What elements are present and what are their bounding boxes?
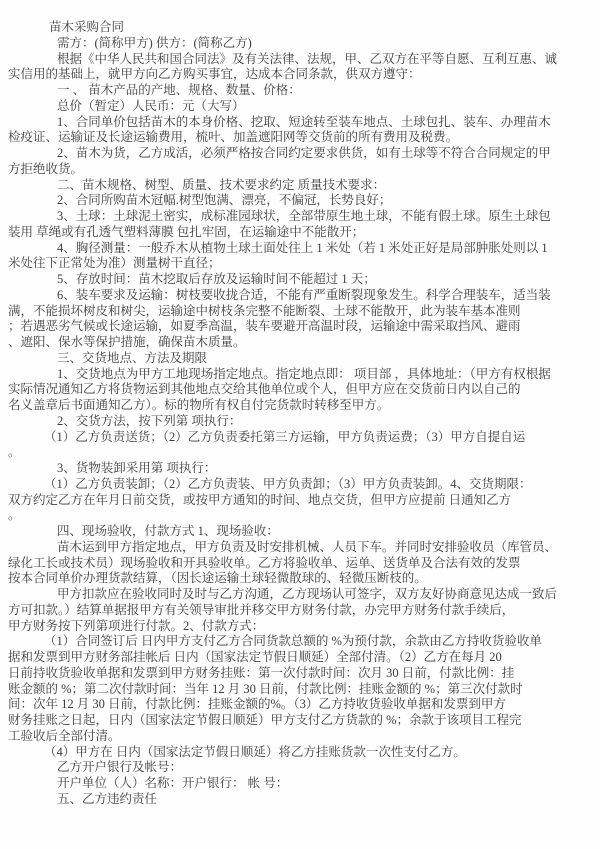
- document-line: 四、现场验收，付款方式 1、现场验收：: [0, 524, 600, 540]
- document-line: 据和发票到甲方财务部挂帐后 日内（国家法定节假日顺延）全部付清。（2）乙方在每月…: [0, 650, 600, 666]
- document-line: 五、乙方违约责任: [0, 792, 600, 808]
- document-line: 名义盖章后书面通知乙方）。标的物所有权自付完货款时转移至甲方。: [0, 398, 600, 414]
- document-line: （1）乙方负责装卸；（2）乙方负责装、甲方负责卸；（3）甲方负责装卸。4、交货期…: [0, 477, 600, 493]
- document-line: 甲方扣款应在验收同时及时与乙方沟通，乙方现场认可签字，双方友好协商意见达成一致后: [0, 587, 600, 603]
- document-line: 4、胸径测量：一般乔木从植物土球土面处往上 1 米处（若 1 米处正好是局部肿胀…: [0, 241, 600, 257]
- document-line: 、遮阳、保水等保护措施，确保苗木质量。: [0, 335, 600, 351]
- document-line: 根据《中华人民共和国合同法》及有关法律、法规，甲、乙双方在平等自愿、互利互惠、诚: [0, 52, 600, 68]
- document-line: 6、装车要求及运输：树枝要收拢合适，不能有严重断裂现象发生。科学合理装车，适当装: [0, 288, 600, 304]
- document-line: 3、货物装卸采用第 项执行：: [0, 461, 600, 477]
- document-line: 装用 草绳或有孔透气塑料薄膜 包扎牢固，在运输途中不能散开；: [0, 225, 600, 241]
- document-line: 。: [0, 508, 600, 524]
- document-line: 实信用的基础上，就甲方向乙方购买事宜，达成本合同条款，供双方遵守：: [0, 67, 600, 83]
- document-line: 需方：(简称甲方) 供方：(简称乙方): [0, 36, 600, 52]
- document-line: （1）乙方负责送货；（2）乙方负责委托第三方运输，甲方负责运费；（3）甲方自提自…: [0, 430, 600, 446]
- document-line: 满，不能损坏树皮和树尖，运输途中树枝条完整不能断裂、土球不能散开，此为装车基本准…: [0, 304, 600, 320]
- document-line: 日前持收货验收单据和发票到甲方财务挂账：第一次付款时间：次月 30 日前，付款比…: [0, 666, 600, 682]
- document-line: 开户单位（人）名称：开户银行： 帐 号：: [0, 776, 600, 792]
- document-line: （4）甲方在 日内（国家法定节假日顺延）将乙方挂账货款一次性支付乙方。: [0, 745, 600, 761]
- document-line: 乙方开户银行及帐号：: [0, 760, 600, 776]
- document-line: 。: [0, 445, 600, 461]
- document-line: 2、合同所购苗木冠幅.树型饱满、漂亮，不偏冠，长势良好；: [0, 193, 600, 209]
- document-line: 财务挂账之日起，日内（国家法定节假日顺延）甲方支付乙方货款的 %；余款于该项目工…: [0, 713, 600, 729]
- document-line: 5、存放时间：苗木挖取后存放及运输时间不能超过 1 天；: [0, 272, 600, 288]
- document-line: 方可扣款。）结算单据报甲方有关领导审批并移交甲方财务付款，办完甲方财务付款手续后…: [0, 603, 600, 619]
- document-line: 二、苗木规格、树型、质量、技术要求约定 质量技术要求：: [0, 178, 600, 194]
- document-line: 一 、 苗木产品的产地、规格、数量、价格：: [0, 83, 600, 99]
- document-line: 2、苗木为货，乙方成活，必须严格按合同约定要求供货，如有土球等不符合合同规定的甲: [0, 146, 600, 162]
- document-line: 总价（暂定）人民币：元（大写）: [0, 99, 600, 115]
- document-title: 苗木采购合同: [0, 20, 600, 36]
- document-line: 账金额的 %；第二次付款时间：当年 12 月 30 日前，付款比例：挂账金额的 …: [0, 682, 600, 698]
- contract-page: 苗木采购合同需方：(简称甲方) 供方：(简称乙方)根据《中华人民共和国合同法》及…: [0, 0, 600, 849]
- document-line: 按本合同单价办理货款结算，（因长途运输土球轻微散球的、轻微压断枝的。: [0, 571, 600, 587]
- document-line: 三、交货地点、方法及期限: [0, 351, 600, 367]
- contract-document-body: 苗木采购合同需方：(简称甲方) 供方：(简称乙方)根据《中华人民共和国合同法》及…: [0, 0, 600, 808]
- document-line: （1）合同签订后 日内甲方支付乙方合同货款总额的 %为预付款，余款由乙方持收货验…: [0, 634, 600, 650]
- document-line: 3、土球：土球泥土密实，成标准园球状，全部带原生地土球，不能有假土球。原生土球包: [0, 209, 600, 225]
- document-line: 1、交货地点为甲方工地现场指定地点。指定地点即： 项目部 ，具体地址：（甲方有权…: [0, 367, 600, 383]
- document-line: ；若遇恶劣气候或长途运输，如夏季高温，装车要避开高温时段，运输途中需采取挡风、避…: [0, 319, 600, 335]
- document-line: 2、交货方法，按下列第 项执行：: [0, 414, 600, 430]
- document-line: 甲方财务按下列第项进行付款。2、付款方式：: [0, 619, 600, 635]
- document-line: 苗木运到甲方指定地点，甲方负责及时安排机械、人员下车。并同时安排验收员（库管员、: [0, 540, 600, 556]
- document-line: 方拒绝收货。: [0, 162, 600, 178]
- document-line: 间：次年 12 月 30 日前，付款比例：挂账金额的%。（3）乙方持收货验收单据…: [0, 697, 600, 713]
- document-line: 1、合同单价包括苗木的本身价格、挖取、短途转至装车地点、土球包扎、装车、办理苗木: [0, 115, 600, 131]
- document-line: 工验收后全部付清。: [0, 729, 600, 745]
- document-line: 实际情况通知乙方将货物运到其他地点交给其他单位或个人，但甲方应在交货前日内以自己…: [0, 382, 600, 398]
- document-line: 绿化工长或技术员）现场验收和开具验收单。乙方将验收单、运单、送货单及合法有效的发…: [0, 556, 600, 572]
- document-line: 双方约定乙方在年月日前交货，或按甲方通知的时间、地点交货，但甲方应提前 日通知乙…: [0, 493, 600, 509]
- document-line: 检疫证、运输证及长途运输费用，梳叶、加盖遮阳网等交货前的所有费用及税费。: [0, 130, 600, 146]
- document-line: 米处往下正常处为准）测量树干直径；: [0, 256, 600, 272]
